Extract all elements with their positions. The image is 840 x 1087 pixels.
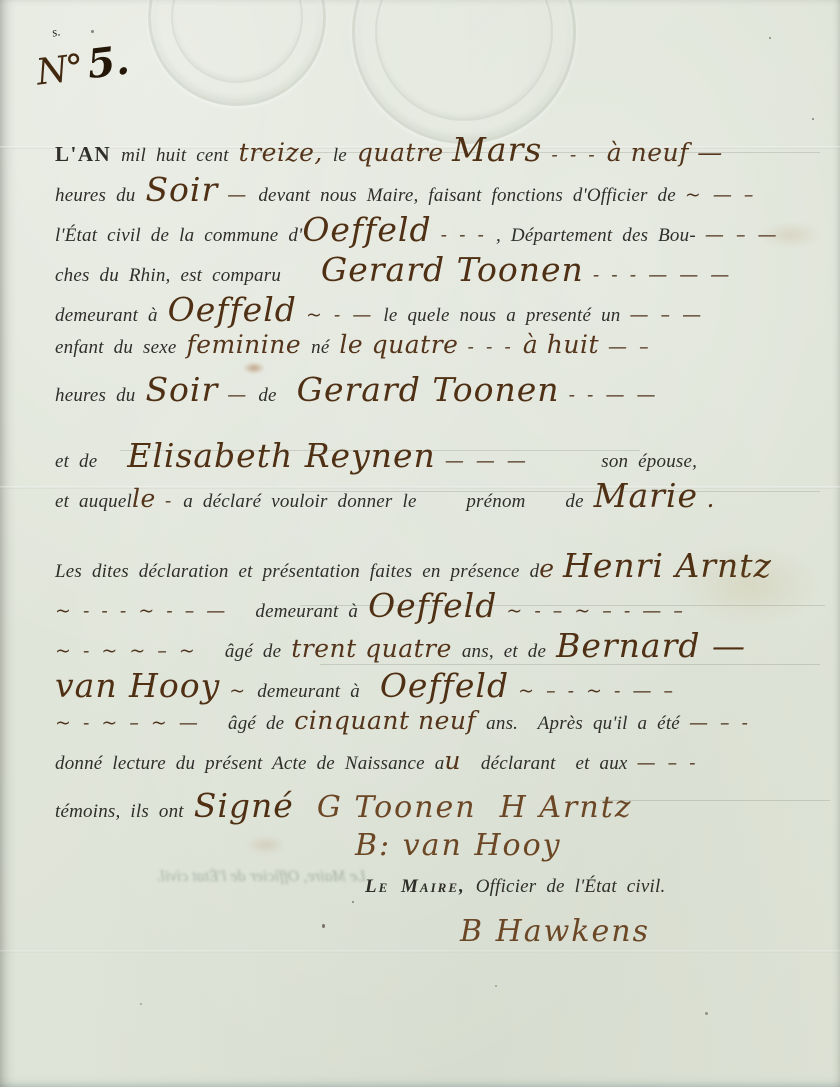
- document-line: ches du Rhin, est comparu Gerard Toonen …: [55, 250, 817, 290]
- printed-text: déclarant et aux: [461, 753, 628, 774]
- document-line: van Hooy ~ demeurant à Oeffeld ~ – - ~ -…: [55, 666, 817, 706]
- handwritten-text: .: [698, 484, 715, 513]
- handwritten-text: trent quatre: [291, 634, 452, 663]
- pen-dashes: - - -: [458, 336, 522, 358]
- pen-dashes: ~ - – ~ – - — –: [497, 600, 686, 622]
- corner-ink-mark: s.: [50, 23, 61, 40]
- pen-dashes: -: [156, 490, 184, 512]
- embossed-paper-seal-small: [148, 0, 326, 106]
- printed-text: le: [323, 145, 357, 166]
- document-line: demeurant à Oeffeld ~ - — le quele nous …: [55, 290, 817, 330]
- paper-speck: [91, 30, 94, 33]
- embossed-paper-seal-large: [352, 0, 576, 144]
- printed-text: son épouse,: [601, 451, 697, 472]
- form-rule-line: [600, 800, 830, 801]
- printed-text: heures du: [55, 385, 145, 406]
- document-line: heures du Soir — devant nous Maire, fais…: [55, 170, 817, 210]
- handwritten-text: Gerard Toonen: [297, 370, 560, 409]
- paper-speck: [352, 901, 354, 903]
- document-line: et de Elisabeth Reynen — — — son épouse,: [55, 436, 817, 476]
- pen-dashes: — – -: [628, 752, 699, 774]
- handwritten-text: Signé: [194, 786, 294, 825]
- printed-text: ches du Rhin, est comparu: [55, 265, 321, 286]
- document-body: L'AN mil huit cent treize, le quatre Mar…: [55, 130, 817, 954]
- pen-dashes: ~ - ~ ~ – ~: [55, 640, 225, 662]
- handwritten-text: Marie: [594, 476, 698, 515]
- handwritten-text: van Hooy: [55, 666, 220, 705]
- foxing-stain: [246, 836, 286, 854]
- handwritten-text: à huit: [523, 330, 599, 359]
- handwritten-text: Soir: [145, 170, 218, 209]
- handwritten-text: Bernard —: [556, 626, 746, 665]
- printed-text: le quele nous a presenté un: [383, 305, 620, 326]
- handwritten-text: le: [132, 484, 156, 513]
- handwritten-text: Oeffeld: [380, 666, 509, 705]
- document-line: ~ - ~ ~ – ~ âgé de trent quatre ans, et …: [55, 626, 817, 666]
- pen-dashes: - - -: [432, 224, 496, 246]
- form-rule-line: [255, 152, 820, 153]
- document-line: enfant du sexe feminine né le quatre - -…: [55, 330, 817, 370]
- printed-text: et auquel: [55, 491, 132, 512]
- paper-speck: [769, 37, 771, 39]
- printed-text: mil huit cent: [111, 145, 238, 166]
- handwritten-text: feminine: [186, 330, 301, 359]
- document-line: et auquelle - a déclaré vouloir donner l…: [55, 476, 817, 516]
- handwritten-text: u: [444, 746, 461, 775]
- document-page: s. N°5. L'AN mil huit cent treize, le qu…: [0, 0, 840, 1087]
- document-line: heures du Soir — de Gerard Toonen - - — …: [55, 370, 817, 410]
- pen-dashes: ~ - ~ – ~ —: [55, 712, 228, 734]
- handwritten-text: e: [539, 554, 563, 583]
- bleed-through-text: Le Maire, Officier de l'État civil.: [26, 868, 366, 886]
- printed-text: devant nous Maire, faisant fonctions d'O…: [258, 185, 676, 206]
- pen-dashes: — –: [599, 336, 652, 358]
- printed-text: heures du: [55, 185, 145, 206]
- printed-text: Officier de l'État civil.: [466, 876, 666, 897]
- document-line: témoins, ils ont Signé G Toonen H Arntz: [55, 786, 817, 828]
- handwritten-text: Oeffeld: [302, 210, 431, 249]
- pen-dashes: - - — —: [560, 384, 659, 406]
- paper-speck: [495, 985, 497, 987]
- printed-text: témoins, ils ont: [55, 801, 194, 822]
- handwritten-text: Oeffeld: [168, 290, 297, 329]
- pen-dashes: ~ — –: [676, 184, 757, 206]
- signature: B: van Hooy: [355, 828, 562, 863]
- printed-text: a déclaré vouloir donner le prénom de: [183, 491, 593, 512]
- document-line: B Hawkens: [55, 914, 817, 954]
- paper-speck: [140, 1003, 142, 1005]
- handwritten-text: Elisabeth Reynen: [127, 436, 436, 475]
- document-line: B: van Hooy: [55, 828, 817, 872]
- pen-dashes: - - - — — —: [584, 264, 733, 286]
- rust-stain: [243, 362, 265, 374]
- pen-dashes: ~: [220, 680, 257, 702]
- printed-text: donné lecture du présent Acte de Naissan…: [55, 753, 444, 774]
- pen-dashes: — – —: [620, 304, 704, 326]
- pen-dashes: ~ - - - ~ - – —: [55, 600, 255, 622]
- printed-text: âgé de: [225, 641, 291, 662]
- pen-dashes: — — —: [436, 450, 601, 472]
- printed-text: enfant du sexe: [55, 337, 186, 358]
- printed-text: , Département des Bou-: [496, 225, 696, 246]
- pen-dashes: —: [218, 184, 258, 206]
- paper-speck: [705, 1012, 708, 1015]
- printed-text: âgé de: [228, 713, 294, 734]
- pen-dashes: ~ - —: [297, 304, 384, 326]
- printed-text: ans, et de: [452, 641, 556, 662]
- printed-text: l'État civil de la commune d': [55, 225, 302, 246]
- printed-text: L'AN: [55, 142, 111, 166]
- handwritten-text: Gerard Toonen: [321, 250, 584, 289]
- handwritten-text: Mars: [452, 130, 542, 169]
- document-line: L'AN mil huit cent treize, le quatre Mar…: [55, 130, 817, 170]
- printed-text: Le Maire,: [365, 876, 466, 897]
- handwritten-text: cinquant neuf: [294, 706, 476, 735]
- form-rule-line: [320, 664, 820, 665]
- document-number-value: 5.: [85, 36, 132, 88]
- pen-dashes: - - -: [542, 144, 606, 166]
- document-line: l'État civil de la commune d'Oeffeld - -…: [55, 210, 817, 250]
- document-number: N°5.: [33, 36, 131, 94]
- printed-text: de: [258, 385, 296, 406]
- printed-text: né: [301, 337, 339, 358]
- form-rule-line: [120, 450, 640, 451]
- handwritten-text: le quatre: [339, 330, 458, 359]
- document-line: donné lecture du présent Acte de Naissan…: [55, 746, 817, 786]
- form-rule-line: [300, 491, 820, 492]
- document-number-prefix: N°: [34, 47, 84, 93]
- printed-text: ans. Après qu'il a été: [476, 713, 680, 734]
- foxing-stain: [760, 222, 820, 248]
- paper-speck: [322, 924, 325, 928]
- printed-text: demeurant à: [55, 305, 168, 326]
- printed-text: demeurant à: [257, 681, 380, 702]
- paper-speck: [812, 118, 814, 120]
- signature: G Toonen H Arntz: [294, 790, 633, 825]
- pen-dashes: ~ – - ~ - — –: [509, 680, 676, 702]
- printed-text: Les dites déclaration et présentation fa…: [55, 561, 539, 582]
- signature: B Hawkens: [460, 914, 650, 949]
- paper-stain: [680, 545, 820, 625]
- document-line: ~ - ~ – ~ — âgé de cinquant neuf ans. Ap…: [55, 706, 817, 746]
- printed-text: et de: [55, 451, 127, 472]
- handwritten-text: Soir: [145, 370, 218, 409]
- pen-dashes: — – -: [680, 712, 751, 734]
- pen-dashes: —: [218, 384, 258, 406]
